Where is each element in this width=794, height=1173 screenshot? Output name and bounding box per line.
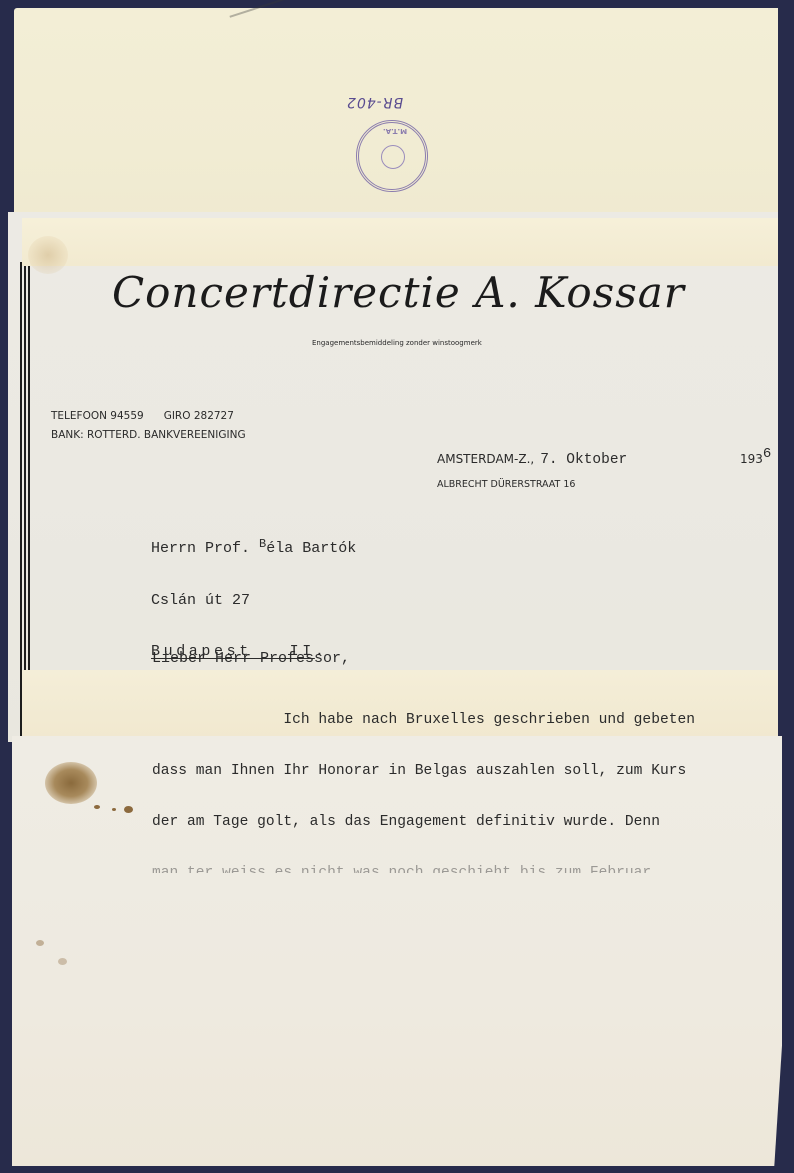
year-digit: 6	[763, 446, 771, 462]
body-line: der am Tage golt, als das Engagement def…	[152, 814, 695, 831]
telephone-number: TELEFOON 94559	[51, 410, 144, 422]
date-typed: 7. Oktober	[540, 452, 627, 468]
body-line: Ich habe nach Bruxelles geschrieben und …	[152, 712, 695, 729]
stain-upper	[28, 236, 68, 274]
stain-dot	[58, 958, 67, 965]
stain-dot	[112, 808, 116, 811]
tape-strip-upper	[22, 218, 778, 266]
year: 1936	[740, 452, 771, 468]
recipient-line-1: Herrn Prof. Béla Bartók	[151, 540, 356, 558]
stamp-text: M.T.A.	[359, 127, 431, 135]
library-stamp-icon: M.T.A.	[356, 120, 428, 192]
letterhead-tagline: Engagementsbemiddeling zonder winstoogme…	[312, 339, 482, 347]
scanned-document: BR-402 M.T.A. Concertdirectie A. Kossar …	[0, 0, 794, 1173]
city: AMSTERDAM-Z.,	[437, 452, 534, 466]
letter-body: Ich habe nach Bruxelles geschrieben und …	[152, 678, 695, 907]
archive-reference-number: BR-402	[346, 94, 403, 110]
recipient-initial: B	[259, 537, 266, 551]
salutation: Lieber Herr Professor,	[152, 650, 350, 667]
company-letterhead: Concertdirectie A. Kossar	[112, 268, 702, 317]
recipient-line-2: Cslán út 27	[151, 592, 356, 609]
bank-name: BANK: ROTTERD. BANKVEREENIGING	[51, 429, 246, 441]
year-prefix: 193	[740, 452, 763, 466]
body-line-cut-off: man ter weiss es nicht was noch geschieh…	[152, 865, 695, 873]
body-line: dass man Ihnen Ihr Honorar in Belgas aus…	[152, 763, 695, 780]
street-address: ALBRECHT DÜRERSTRAAT 16	[437, 479, 575, 490]
place-date-line: AMSTERDAM-Z.,7. Oktober	[437, 452, 627, 468]
recipient-title: Herrn Prof.	[151, 540, 259, 557]
stamp-emblem-icon	[381, 145, 405, 169]
stain-dot	[94, 805, 100, 809]
stain-dot	[124, 806, 133, 813]
recipient-name: éla Bartók	[266, 540, 356, 557]
contact-block: TELEFOON 94559GIRO 282727 BANK: ROTTERD.…	[51, 407, 246, 445]
giro-number: GIRO 282727	[164, 410, 234, 422]
stain-dot	[36, 940, 44, 946]
stain-large	[45, 762, 97, 804]
